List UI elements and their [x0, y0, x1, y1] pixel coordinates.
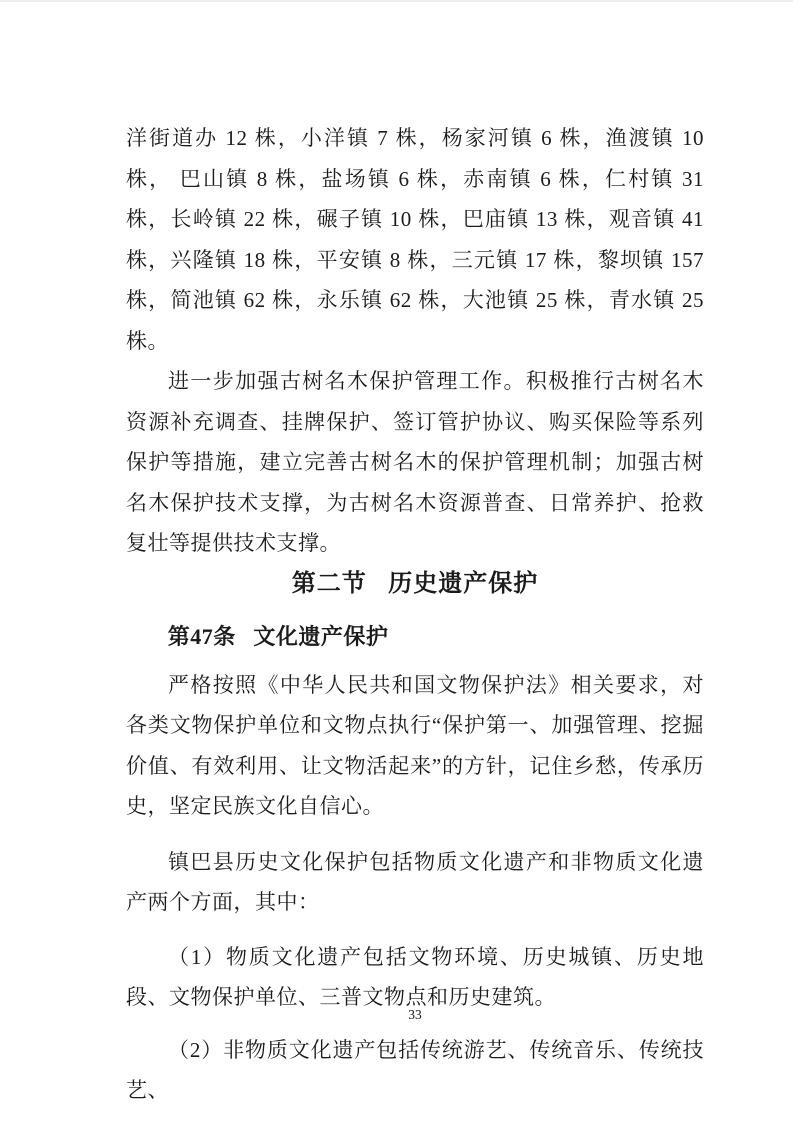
paragraph-item-2: （2）非物质文化遗产包括传统游艺、传统音乐、传统技艺、 [126, 1030, 704, 1111]
section-heading-title: 历史遗产保护 [388, 571, 538, 597]
paragraph-legal-basis: 严格按照《中华人民共和国文物保护法》相关要求，对各类文物保护单位和文物点执行“保… [126, 665, 704, 827]
section-heading-label: 第二节 [292, 571, 367, 597]
document-page: 洋街道办 12 株，小洋镇 7 株，杨家河镇 6 株，渔渡镇 10 株， 巴山镇… [0, 0, 793, 1122]
scan-edge-line [0, 0, 793, 2]
paragraph-tree-management: 进一步加强古树名木保护管理工作。积极推行古树名木资源补充调查、挂牌保护、签订管护… [126, 361, 704, 564]
paragraph-heritage-overview: 镇巴县历史文化保护包括物质文化遗产和非物质文化遗产两个方面，其中： [126, 842, 704, 923]
paragraph-tree-counts: 洋街道办 12 株，小洋镇 7 株，杨家河镇 6 株，渔渡镇 10 株， 巴山镇… [126, 118, 704, 361]
clause-heading: 第47条文化遗产保护 [126, 617, 704, 657]
clause-heading-title: 文化遗产保护 [253, 624, 388, 649]
clause-heading-label: 第47条 [168, 624, 236, 649]
page-content: 洋街道办 12 株，小洋镇 7 株，杨家河镇 6 株，渔渡镇 10 株， 巴山镇… [126, 118, 704, 1111]
page-number: 33 [126, 1005, 704, 1025]
section-heading: 第二节历史遗产保护 [126, 564, 704, 604]
